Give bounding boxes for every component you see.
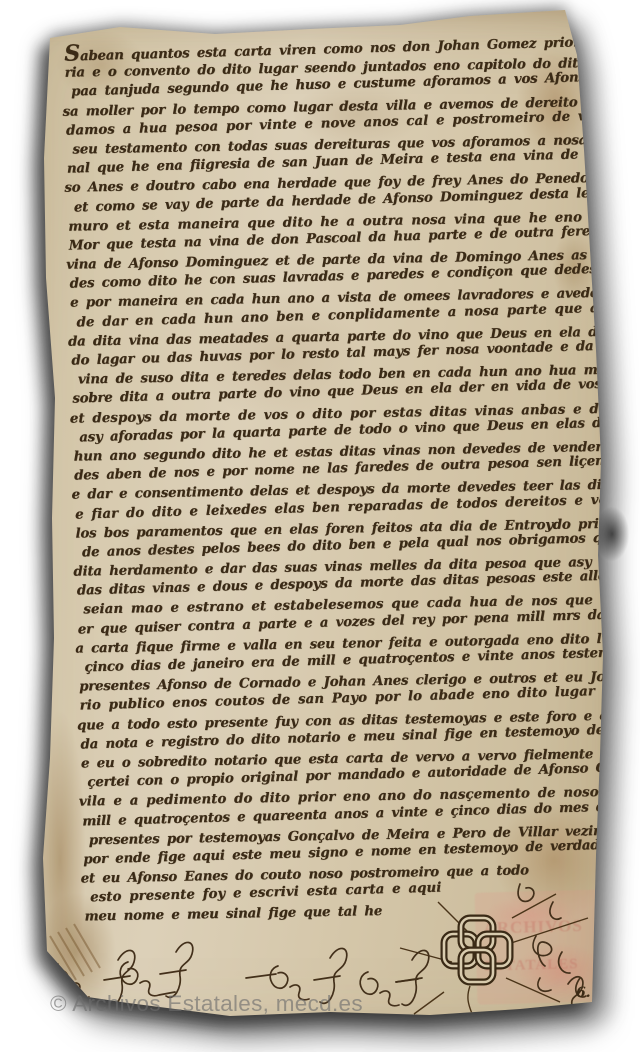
signature-rubrics xyxy=(50,884,586,1006)
hatch-repair xyxy=(50,924,100,980)
folio-number: 6. xyxy=(576,985,591,1001)
parchment-sheet: ARCHIVOS ESTATALES Sabean quantos esta c… xyxy=(0,0,640,1052)
parchment-shadow-wrapper: ARCHIVOS ESTATALES Sabean quantos esta c… xyxy=(0,0,640,1052)
manuscript-photo: ARCHIVOS ESTATALES Sabean quantos esta c… xyxy=(0,0,640,1052)
copyright-watermark: © Archivos Estatales, mecd.es xyxy=(50,991,363,1017)
signatures-and-notarial-sign xyxy=(0,0,640,1052)
notarial-knot-icon xyxy=(444,918,510,982)
